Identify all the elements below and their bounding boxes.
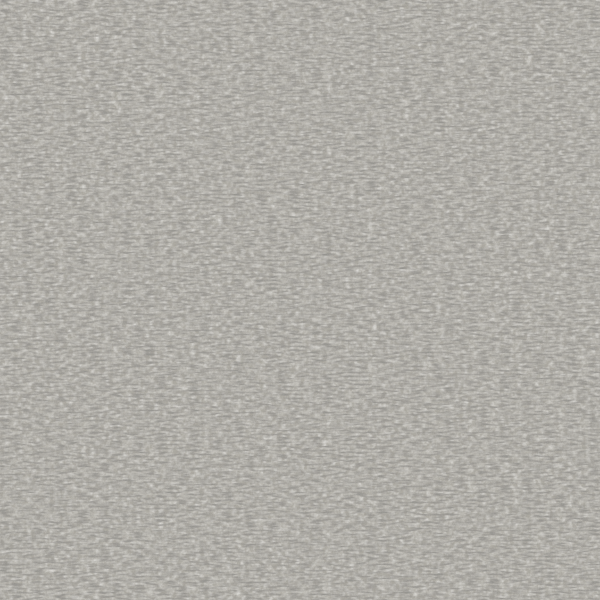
- fabric-texture-photo: [0, 0, 600, 600]
- fabric-texture-render: [0, 0, 600, 600]
